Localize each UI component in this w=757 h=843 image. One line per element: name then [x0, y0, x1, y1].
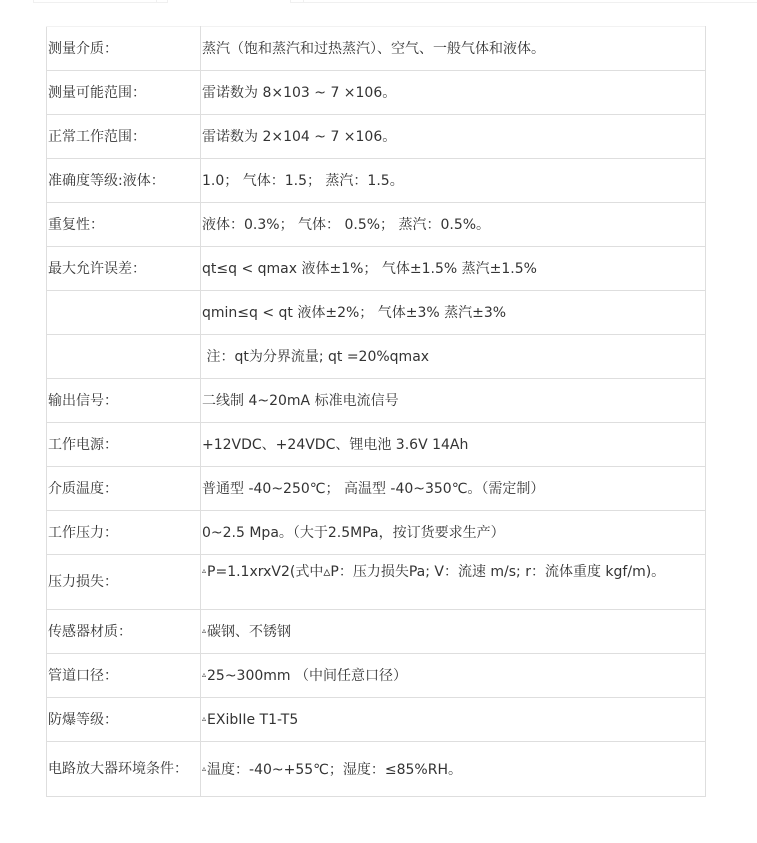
delta-icon: ▵	[202, 670, 206, 679]
row-value: 二线制 4~20mA 标准电流信号	[201, 379, 706, 423]
row-label: 测量介质：	[47, 27, 201, 71]
delta-icon: ▵	[202, 764, 206, 773]
row-value-text: P=1.1xrxV2(式中▵P：压力损失Pa; V：流速 m/s; r：流体重度…	[207, 564, 665, 580]
row-label: 管道口径：	[47, 654, 201, 698]
row-label: 准确度等级:液体：	[47, 159, 201, 203]
row-label: 测量可能范围：	[47, 71, 201, 115]
row-value-text: 温度：-40~+55℃；湿度：≤85%RH。	[207, 762, 462, 778]
row-value-text: EXibIIe T1-T5	[207, 712, 298, 728]
table-row: 最大允许误差： qt≤q < qmax 液体±1%； 气体±1.5% 蒸汽±1.…	[47, 247, 706, 291]
row-value: 0~2.5 Mpa。（大于2.5MPa，按订货要求生产）	[201, 511, 706, 555]
row-value: 1.0； 气体：1.5； 蒸汽：1.5。	[201, 159, 706, 203]
row-label	[47, 335, 201, 379]
row-value: 蒸汽（饱和蒸汽和过热蒸汽）、空气、一般气体和液体。	[201, 27, 706, 71]
table-row: 注：qt为分界流量; qt =20%qmax	[47, 335, 706, 379]
row-value: ▵碳钢、不锈钢	[201, 610, 706, 654]
table-row: 正常工作范围： 雷诺数为 2×104 ~ 7 ×106。	[47, 115, 706, 159]
table-row: 传感器材质： ▵碳钢、不锈钢	[47, 610, 706, 654]
row-value-text: 25~300mm （中间任意口径）	[207, 668, 407, 684]
row-label: 重复性：	[47, 203, 201, 247]
row-label	[47, 291, 201, 335]
row-value: 雷诺数为 2×104 ~ 7 ×106。	[201, 115, 706, 159]
row-label: 最大允许误差：	[47, 247, 201, 291]
delta-icon: ▵	[202, 626, 206, 635]
row-label: 传感器材质：	[47, 610, 201, 654]
delta-icon: ▵	[202, 714, 206, 723]
previous-table-remnant-left	[33, 0, 168, 3]
row-label: 防爆等级：	[47, 698, 201, 742]
row-value: qmin≤q < qt 液体±2%； 气体±3% 蒸汽±3%	[201, 291, 706, 335]
spec-table: 测量介质： 蒸汽（饱和蒸汽和过热蒸汽）、空气、一般气体和液体。 测量可能范围： …	[46, 26, 706, 797]
row-value: qt≤q < qmax 液体±1%； 气体±1.5% 蒸汽±1.5%	[201, 247, 706, 291]
row-label: 工作压力：	[47, 511, 201, 555]
row-label: 正常工作范围：	[47, 115, 201, 159]
delta-icon: ▵	[202, 566, 206, 575]
table-row: 工作压力： 0~2.5 Mpa。（大于2.5MPa，按订货要求生产）	[47, 511, 706, 555]
row-value: 注：qt为分界流量; qt =20%qmax	[201, 335, 706, 379]
row-value: 液体：0.3%； 气体： 0.5%； 蒸汽：0.5%。	[201, 203, 706, 247]
row-value: 普通型 -40~250℃； 高温型 -40~350℃。（需定制）	[201, 467, 706, 511]
row-value: ▵25~300mm （中间任意口径）	[201, 654, 706, 698]
table-row: 电路放大器环境条件： ▵温度：-40~+55℃；湿度：≤85%RH。	[47, 742, 706, 797]
row-label: 介质温度：	[47, 467, 201, 511]
row-label: 输出信号：	[47, 379, 201, 423]
row-value: +12VDC、+24VDC、锂电池 3.6V 14Ah	[201, 423, 706, 467]
table-row: 输出信号： 二线制 4~20mA 标准电流信号	[47, 379, 706, 423]
table-row: 介质温度： 普通型 -40~250℃； 高温型 -40~350℃。（需定制）	[47, 467, 706, 511]
table-row: 管道口径： ▵25~300mm （中间任意口径）	[47, 654, 706, 698]
table-row: 压力损失： ▵P=1.1xrxV2(式中▵P：压力损失Pa; V：流速 m/s;…	[47, 555, 706, 610]
table-row: 工作电源： +12VDC、+24VDC、锂电池 3.6V 14Ah	[47, 423, 706, 467]
previous-table-remnant-right	[290, 0, 757, 3]
table-row: 测量介质： 蒸汽（饱和蒸汽和过热蒸汽）、空气、一般气体和液体。	[47, 27, 706, 71]
table-row: qmin≤q < qt 液体±2%； 气体±3% 蒸汽±3%	[47, 291, 706, 335]
row-value-text: 碳钢、不锈钢	[207, 624, 291, 640]
row-label: 工作电源：	[47, 423, 201, 467]
table-row: 防爆等级： ▵EXibIIe T1-T5	[47, 698, 706, 742]
row-value: ▵EXibIIe T1-T5	[201, 698, 706, 742]
row-label: 压力损失：	[47, 555, 201, 610]
table-row: 重复性： 液体：0.3%； 气体： 0.5%； 蒸汽：0.5%。	[47, 203, 706, 247]
row-value: 雷诺数为 8×103 ~ 7 ×106。	[201, 71, 706, 115]
table-row: 准确度等级:液体： 1.0； 气体：1.5； 蒸汽：1.5。	[47, 159, 706, 203]
row-value: ▵温度：-40~+55℃；湿度：≤85%RH。	[201, 742, 706, 797]
row-value: ▵P=1.1xrxV2(式中▵P：压力损失Pa; V：流速 m/s; r：流体重…	[201, 555, 706, 610]
table-row: 测量可能范围： 雷诺数为 8×103 ~ 7 ×106。	[47, 71, 706, 115]
row-label: 电路放大器环境条件：	[47, 742, 201, 797]
